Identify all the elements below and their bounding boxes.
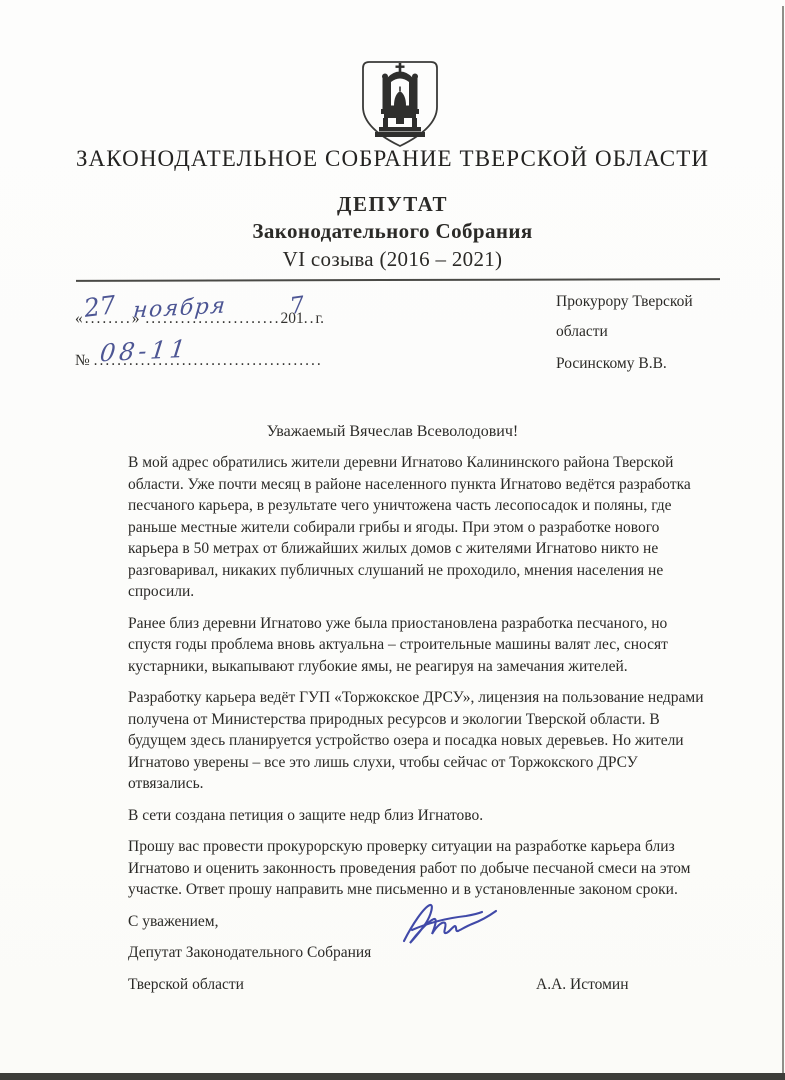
- date-suffix: г.: [316, 310, 324, 327]
- role-title: ДЕПУТАТ: [0, 192, 785, 217]
- paragraph-2: Ранее близ деревни Игнатово уже была при…: [128, 613, 713, 678]
- handwritten-month: ноября: [132, 293, 227, 323]
- recipient-title-line2: области: [556, 323, 736, 341]
- paragraph-1: В мой адрес обратились жители деревни Иг…: [128, 452, 713, 603]
- scanned-letter-document: ЗАКОНОДАТЕЛЬНОЕ СОБРАНИЕ ТВЕРСКОЙ ОБЛАСТ…: [0, 0, 785, 1080]
- signer-name: А.А. Истомин: [536, 974, 629, 996]
- paragraph-4: В сети создана петиция о защите недр бли…: [128, 805, 713, 827]
- convocation-line: VI созыва (2016 – 2021): [0, 247, 785, 272]
- number-label: №: [75, 352, 90, 369]
- handwritten-day: 27: [82, 290, 117, 323]
- tver-coat-of-arms-icon: [352, 57, 448, 151]
- handwritten-outgoing-number: 08-11: [98, 335, 191, 368]
- signer-position-line2: Тверской области: [128, 976, 244, 993]
- organization-title: ЗАКОНОДАТЕЛЬНОЕ СОБРАНИЕ ТВЕРСКОЙ ОБЛАСТ…: [0, 146, 785, 172]
- scan-edge-right: [782, 6, 784, 1080]
- recipient-name: Росинскому В.В.: [556, 355, 736, 373]
- scan-edge-bottom: [0, 1073, 785, 1080]
- signature-row: Тверской областиА.А. Истомин: [128, 974, 713, 996]
- recipient-title-line1: Прокурору Тверской: [556, 293, 736, 311]
- paragraph-3: Разработку карьера ведёт ГУП «Торжокское…: [128, 687, 713, 795]
- role-subtitle: Законодательного Собрания: [0, 219, 785, 244]
- paragraph-5: Прошу вас провести прокурорскую проверку…: [128, 836, 713, 901]
- handwritten-signature: [398, 897, 503, 949]
- salutation: Уважаемый Вячеслав Всеволодович!: [0, 423, 785, 441]
- header-divider: [76, 278, 720, 282]
- handwritten-year-digit: 7: [288, 292, 306, 320]
